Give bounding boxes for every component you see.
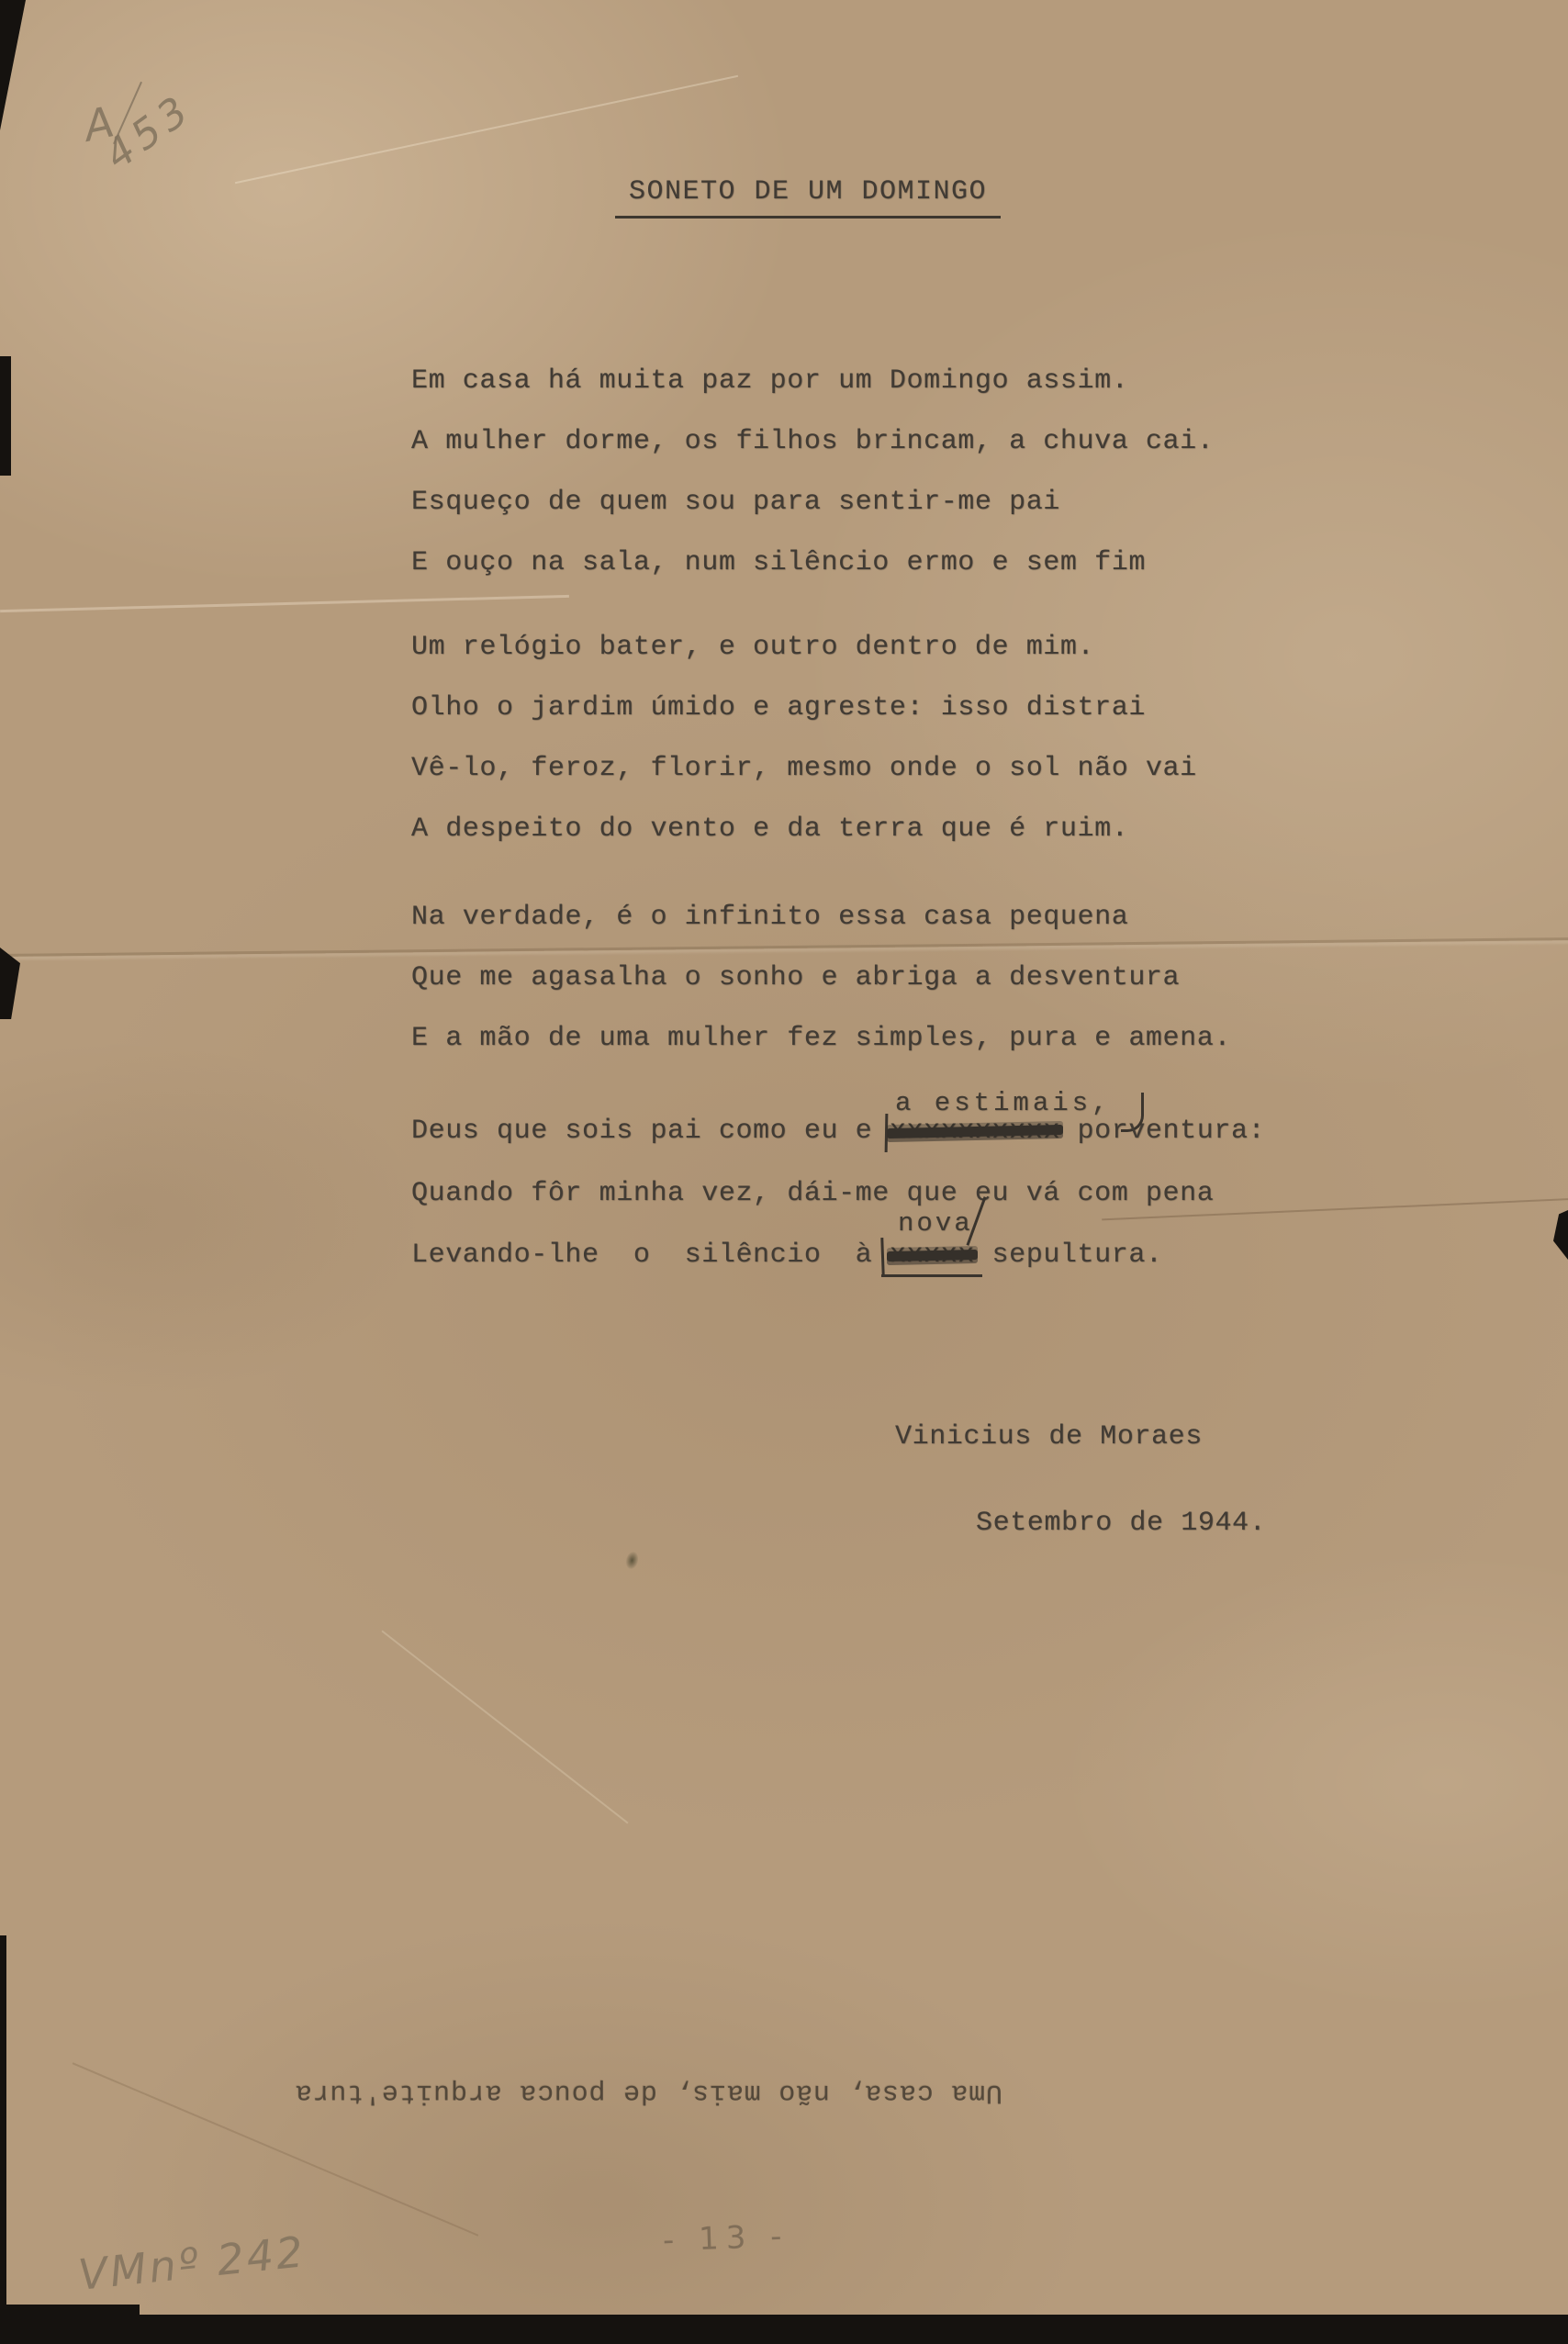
scan-edge-right-tear [1553, 1210, 1568, 1260]
line-text-pre: Levando-lhe o silêncio à [411, 1239, 890, 1271]
scan-edge-bottom [0, 2315, 1568, 2344]
scan-edge-top-left [0, 0, 26, 130]
poem-line-with-strikeout: Levando-lhe o silêncio à xxxxx sepultura… [411, 1239, 1163, 1271]
inverted-verse: Uma casa, não mais, de pouca arquite'tur… [303, 2077, 1002, 2108]
poem-title: SONETO DE UM DOMINGO [615, 176, 1001, 219]
typed-insertion-nova: nova [898, 1208, 973, 1239]
poem-line: A mulher dorme, os filhos brincam, a chu… [411, 426, 1214, 457]
manuscript-page: SONETO DE UM DOMINGO Em casa há muita pa… [0, 0, 1568, 2344]
scan-edge-left [0, 948, 20, 1019]
line-text-pre: Deus que sois pai como eu e [411, 1116, 890, 1147]
poem-line: Vê-lo, feroz, florir, mesmo onde o sol n… [411, 753, 1197, 784]
poem-line: Um relógio bater, e outro dentro de mim. [411, 632, 1094, 663]
poem-line: Em casa há muita paz por um Domingo assi… [411, 365, 1128, 397]
paper-crease [0, 595, 569, 612]
poem-line: A despeito do vento e da terra que é rui… [411, 813, 1128, 845]
poem-line: Olho o jardim úmido e agreste: isso dist… [411, 692, 1146, 723]
scan-edge-left [0, 356, 11, 476]
typed-insertion-a-estimais: a estimais, [895, 1088, 1111, 1118]
poem-line: E ouço na sala, num silêncio ermo e sem … [411, 547, 1146, 578]
poem-line: Que me agasalha o sonho e abriga a desve… [411, 962, 1180, 993]
paper-crease [235, 75, 738, 184]
line-text-post: porventura: [1060, 1116, 1265, 1147]
poem-line: Esqueço de quem sou para sentir-me pai [411, 487, 1060, 518]
pencil-number-mark: 453 [96, 84, 202, 179]
scan-edge-left [0, 1935, 6, 2344]
strikethrough-text: xxxxxxxxxx [890, 1116, 1060, 1147]
paper-crease [381, 1631, 628, 1824]
ink-smudge [624, 1551, 640, 1571]
poem-line: Na verdade, é o infinito essa casa peque… [411, 902, 1128, 933]
bracket-bottom-bar [881, 1274, 982, 1277]
line-text-post: sepultura. [975, 1239, 1163, 1271]
page-number: - 13 - [662, 2218, 790, 2260]
date-line: Setembro de 1944. [976, 1508, 1266, 1539]
poem-line: Quando fôr minha vez, dái-me que eu vá c… [411, 1178, 1214, 1209]
author-signature: Vinicius de Moraes [895, 1421, 1203, 1452]
archive-code: VMnº 242 [76, 2226, 308, 2300]
poem-line-with-strikeout: Deus que sois pai como eu e xxxxxxxxxx p… [411, 1116, 1265, 1147]
paper-fold [0, 937, 1568, 957]
poem-line: E a mão de uma mulher fez simples, pura … [411, 1023, 1231, 1054]
strikethrough-text: xxxxx [890, 1239, 975, 1271]
